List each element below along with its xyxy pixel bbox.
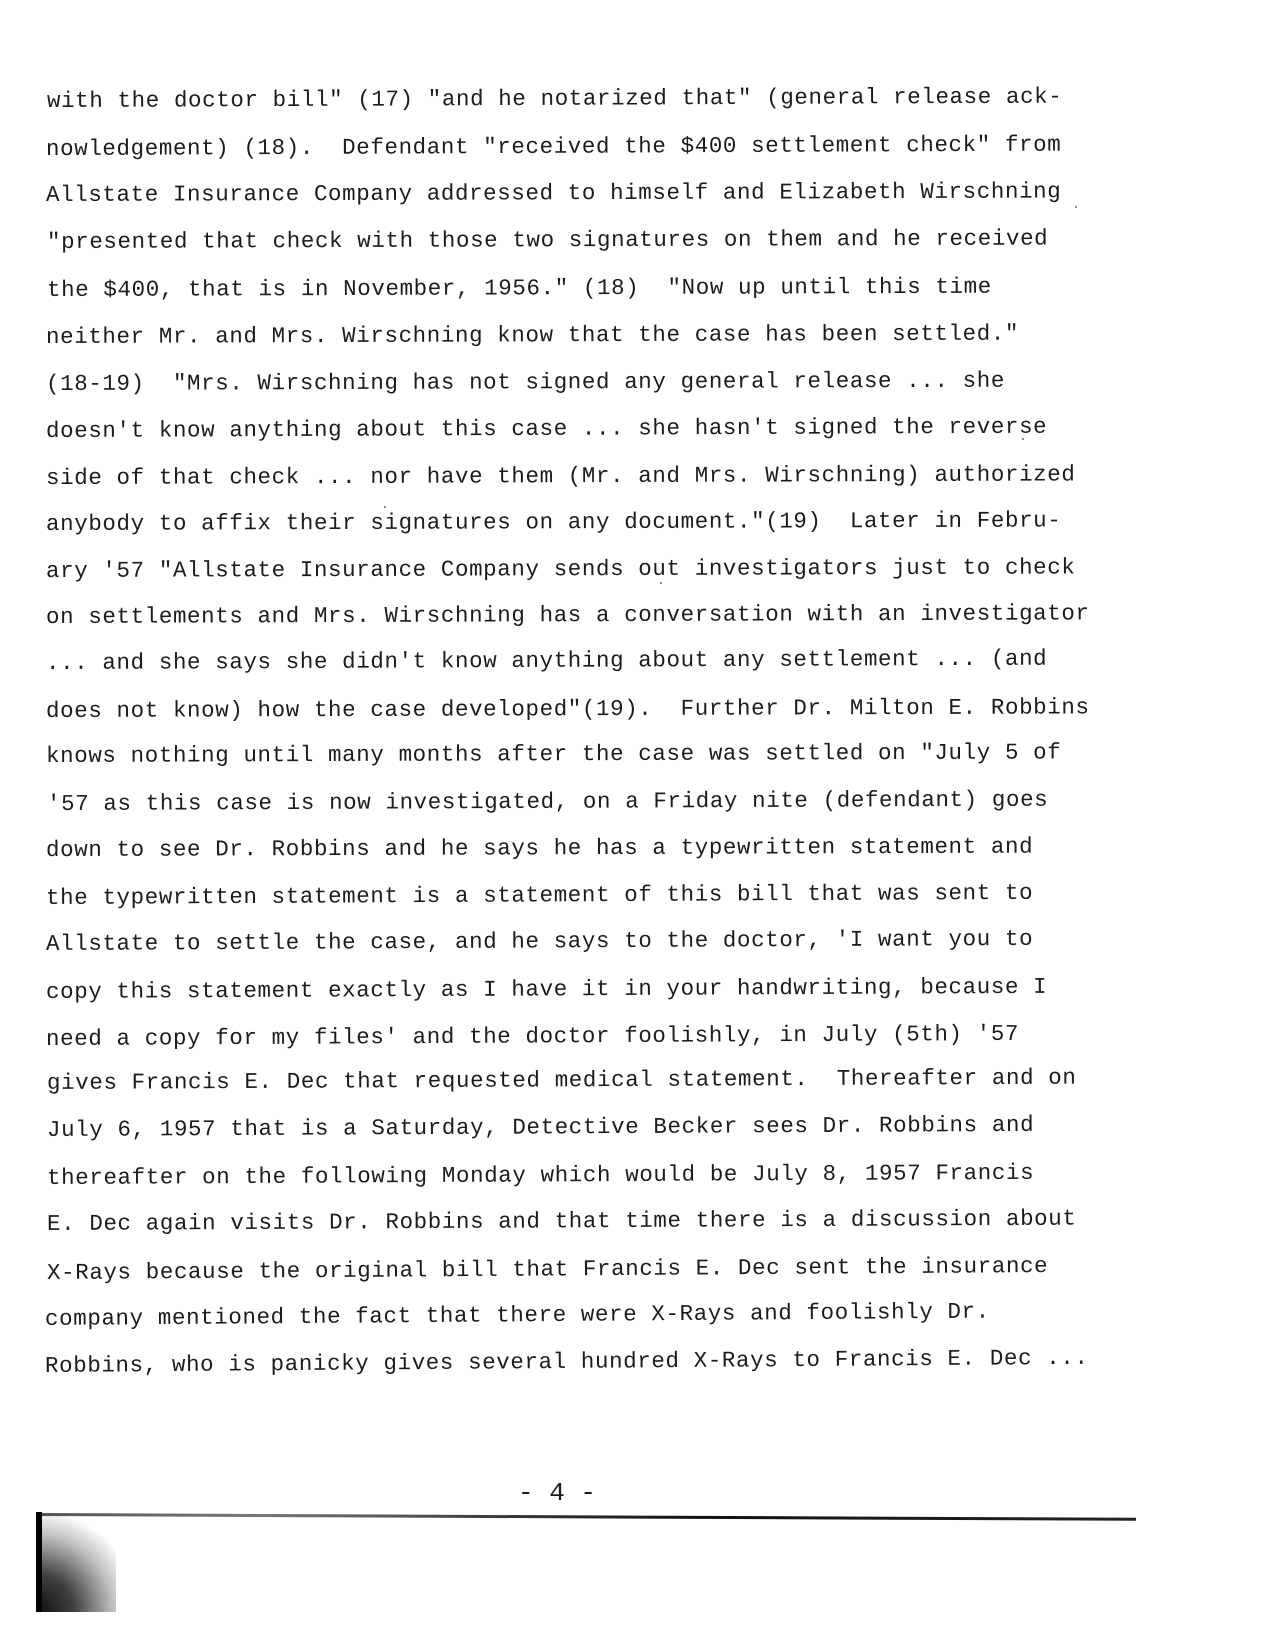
scan-shadow-artifact	[36, 1512, 116, 1612]
text-line: company mentioned the fact that there we…	[45, 1301, 990, 1331]
text-line: Robbins, who is panicky gives several hu…	[45, 1347, 1089, 1378]
text-line: anybody to affix their signatures on any…	[46, 509, 1061, 535]
text-line: on settlements and Mrs. Wirschning has a…	[46, 602, 1090, 628]
scan-edge-artifact	[36, 1512, 42, 1612]
page-number: - 4 -	[518, 1478, 596, 1508]
scan-speck	[1075, 206, 1077, 208]
text-line: knows nothing until many months after th…	[46, 741, 1061, 767]
text-line: need a copy for my files' and the doctor…	[46, 1023, 1019, 1051]
text-line: the typewritten statement is a statement…	[46, 882, 1033, 910]
text-line: Allstate Insurance Company addressed to …	[46, 180, 1061, 206]
text-line: Allstate to settle the case, and he says…	[46, 928, 1033, 956]
text-line: the $400, that is in November, 1956." (1…	[47, 276, 992, 302]
scan-speck	[660, 582, 662, 584]
scan-speck	[1022, 438, 1024, 440]
text-line: thereafter on the following Monday which…	[47, 1162, 1034, 1190]
text-line: E. Dec again visits Dr. Robbins and that…	[47, 1208, 1077, 1236]
scan-speck	[384, 506, 386, 508]
text-line: neither Mr. and Mrs. Wirschning know tha…	[46, 323, 1019, 349]
bottom-rule-divider	[36, 1513, 1136, 1521]
text-line: (18-19) "Mrs. Wirschning has not signed …	[46, 370, 1005, 396]
text-line: ... and she says she didn't know anythin…	[46, 648, 1047, 675]
text-line: July 6, 1957 that is a Saturday, Detecti…	[47, 1114, 1034, 1142]
text-line: gives Francis E. Dec that requested medi…	[47, 1067, 1077, 1095]
text-line: doesn't know anything about this case ..…	[46, 416, 1047, 443]
text-line: nowledgement) (18). Defendant "received …	[46, 134, 1061, 161]
text-line: ary '57 "Allstate Insurance Company send…	[46, 556, 1076, 582]
text-line: does not know) how the case developed"(1…	[46, 696, 1090, 722]
text-line: '57 as this case is now investigated, on…	[47, 789, 1048, 816]
text-line: "presented that check with those two sig…	[47, 228, 1048, 254]
document-page: with the doctor bill" (17) "and he notar…	[0, 0, 1275, 1650]
text-line: copy this statement exactly as I have it…	[46, 976, 1047, 1004]
text-line: X-Rays because the original bill that Fr…	[47, 1255, 1048, 1284]
text-line: with the doctor bill" (17) "and he notar…	[47, 86, 1062, 113]
text-line: side of that check ... nor have them (Mr…	[46, 463, 1076, 489]
text-line: down to see Dr. Robbins and he says he h…	[46, 836, 1033, 862]
